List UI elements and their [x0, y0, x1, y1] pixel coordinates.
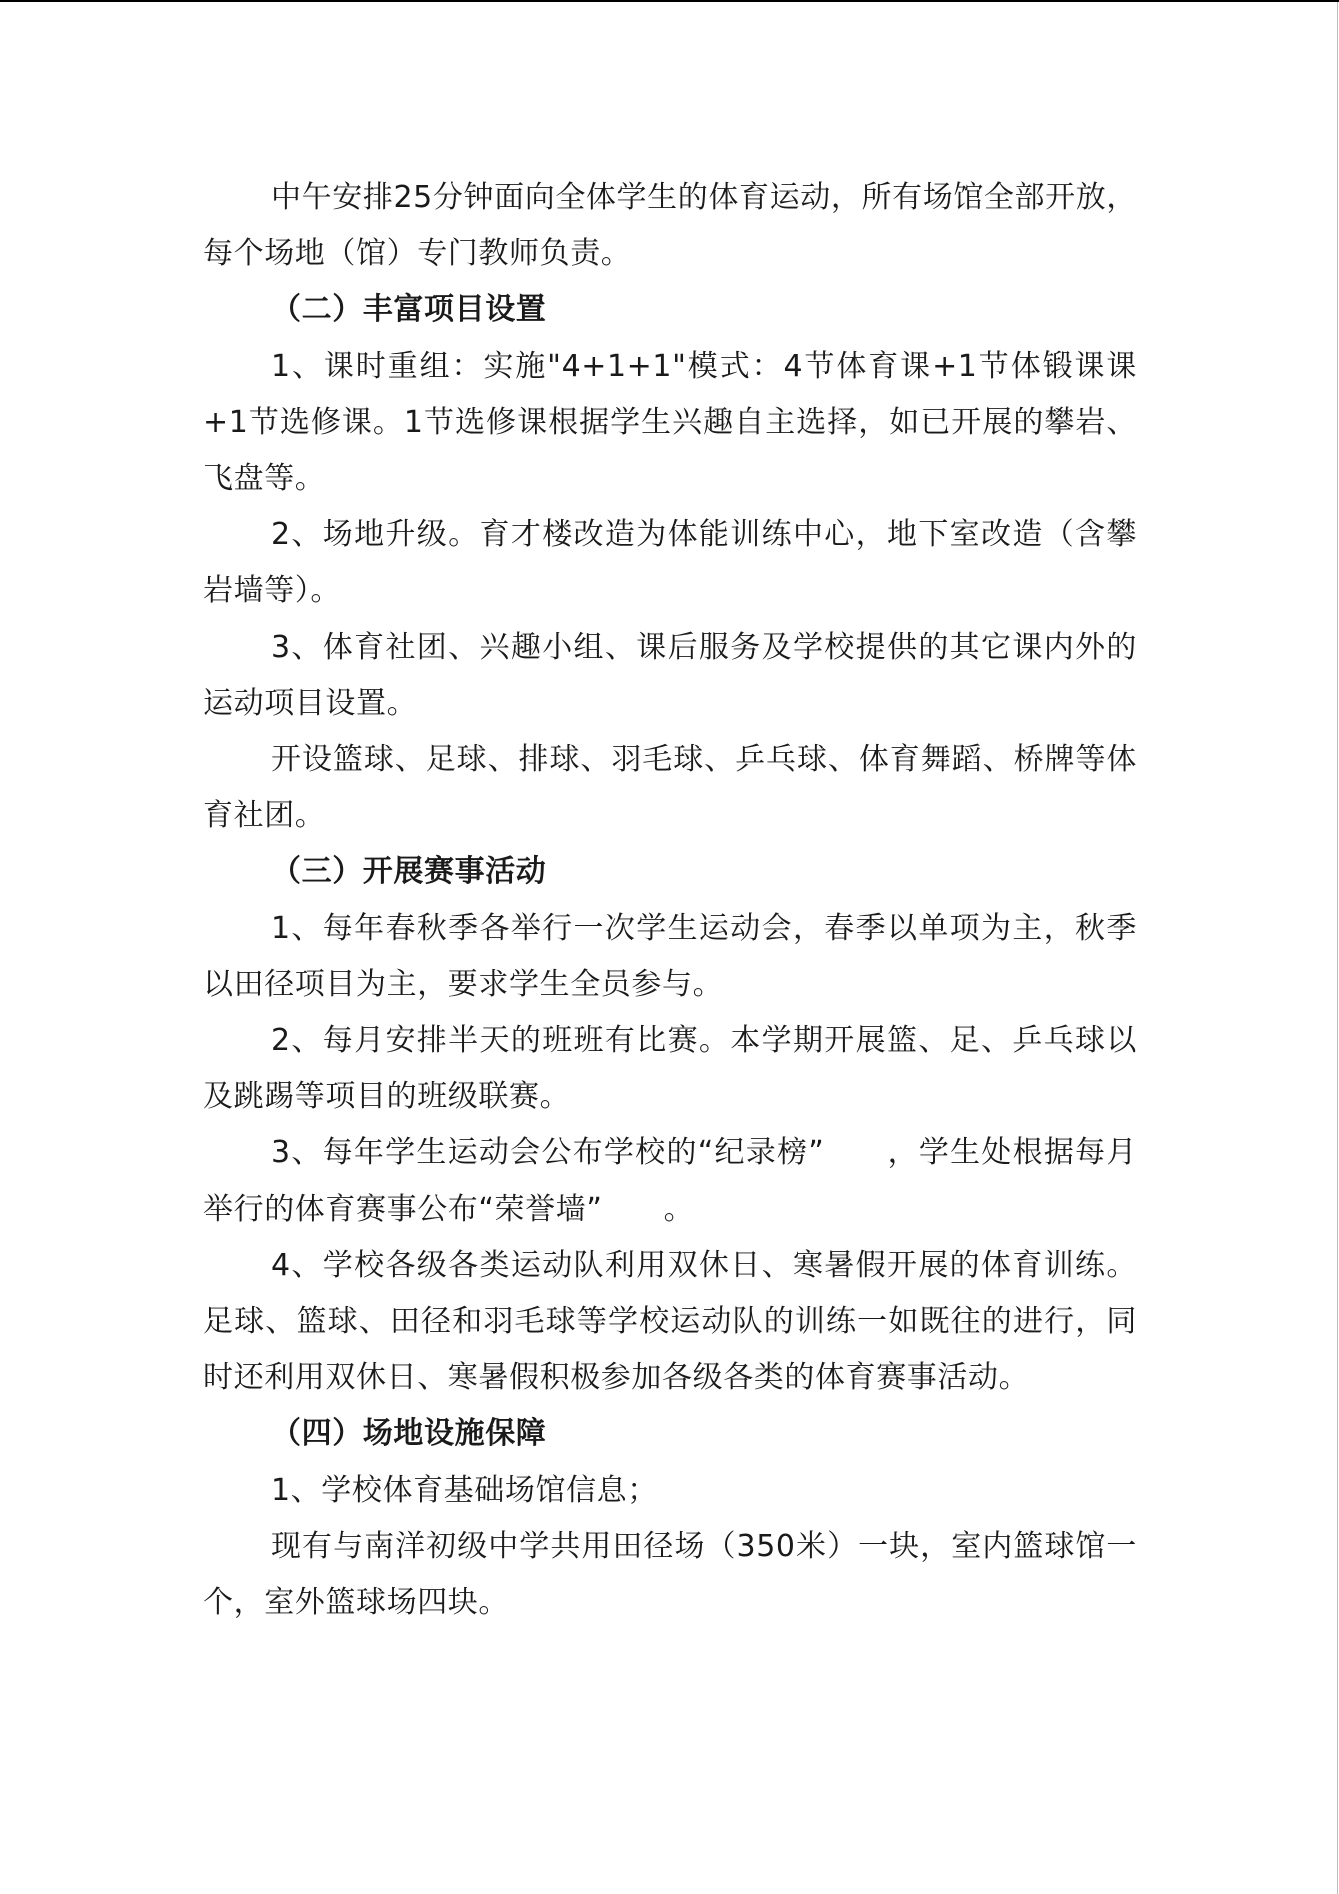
paragraph-monthly-matches: 2、每月安排半天的班班有比赛。本学期开展篮、足、乒乓球以及跳踢等项目的班级联赛。: [203, 1013, 1137, 1125]
section-heading-2: （二）丰富项目设置: [203, 282, 1137, 338]
paragraph-records-honor: 3、每年学生运动会公布学校的“纪录榜” ，学生处根据每月举行的体育赛事公布“荣誉…: [203, 1125, 1137, 1237]
paragraph-team-training: 4、学校各级各类运动队利用双休日、寒暑假开展的体育训练。足球、篮球、田径和羽毛球…: [203, 1238, 1137, 1407]
section-heading-4: （四）场地设施保障: [203, 1406, 1137, 1462]
paragraph-clubs-list: 开设篮球、足球、排球、羽毛球、乒乓球、体育舞蹈、桥牌等体育社团。: [203, 732, 1137, 844]
section-heading-3: （三）开展赛事活动: [203, 844, 1137, 900]
page-right-edge: [1337, 2, 1338, 1894]
document-page: 中午安排25分钟面向全体学生的体育运动，所有场馆全部开放，每个场地（馆）专门教师…: [203, 170, 1137, 1631]
paragraph-venue-info: 现有与南洋初级中学共用田径场（350米）一块，室内篮球馆一个，室外篮球场四块。: [203, 1519, 1137, 1631]
paragraph-venue-upgrade: 2、场地升级。育才楼改造为体能训练中心，地下室改造（含攀岩墙等）。: [203, 507, 1137, 619]
paragraph-clubs-setup: 3、体育社团、兴趣小组、课后服务及学校提供的其它课内外的运动项目设置。: [203, 620, 1137, 732]
page-top-border: [0, 0, 1339, 2]
paragraph-venue-info-title: 1、学校体育基础场馆信息；: [203, 1463, 1137, 1519]
paragraph-class-restructure: 1、课时重组：实施"4+1+1"模式：4节体育课+1节体锻课课+1节选修课。1节…: [203, 339, 1137, 508]
paragraph-noon-exercise: 中午安排25分钟面向全体学生的体育运动，所有场馆全部开放，每个场地（馆）专门教师…: [203, 170, 1137, 282]
paragraph-sports-meet: 1、每年春秋季各举行一次学生运动会，春季以单项为主，秋季以田径项目为主，要求学生…: [203, 901, 1137, 1013]
